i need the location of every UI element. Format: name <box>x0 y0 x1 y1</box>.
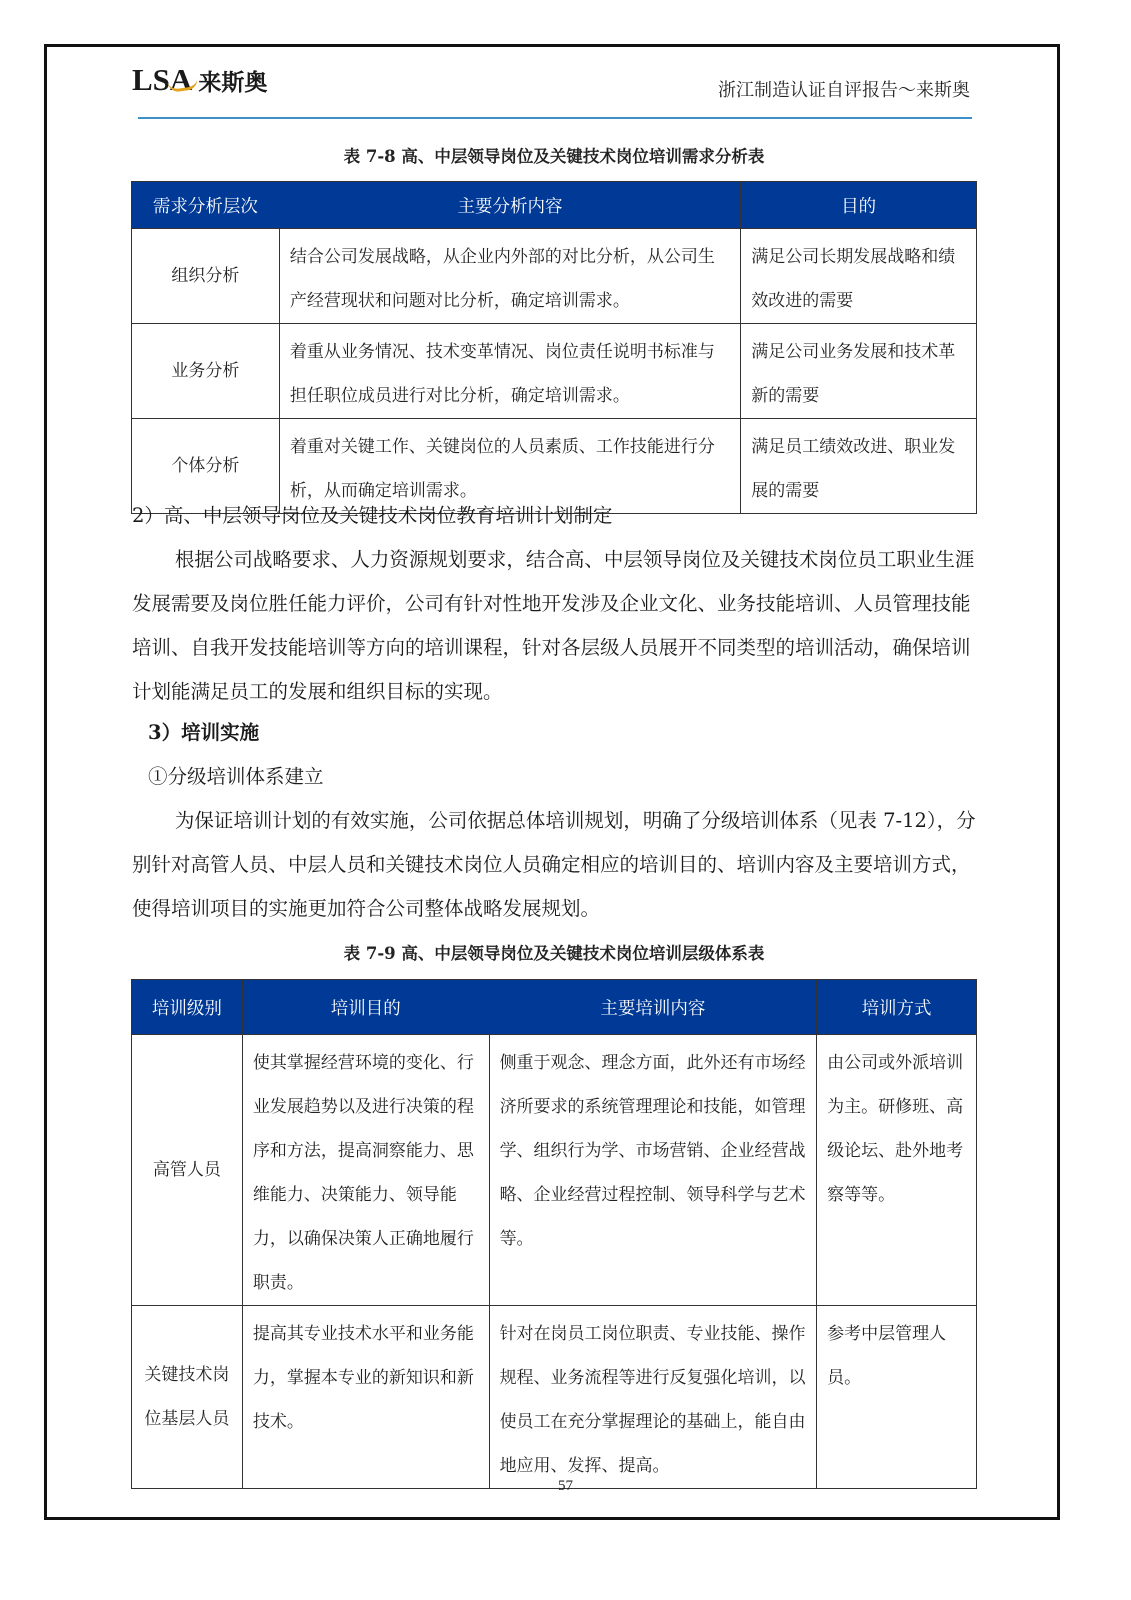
table-header-row: 培训级别 培训目的 主要培训内容 培训方式 <box>132 980 977 1035</box>
table-row: 业务分析 着重从业务情况、技术变革情况、岗位责任说明书标准与担任职位成员进行对比… <box>132 324 977 419</box>
training-method: 由公司或外派培训为主。研修班、高级论坛、赴外地考察等等。 <box>817 1035 977 1306</box>
training-method: 参考中层管理人员。 <box>817 1306 977 1489</box>
column-header: 需求分析层次 <box>132 182 280 229</box>
training-goal: 提高其专业技术水平和业务能力，掌握本专业的新知识和新技术。 <box>242 1306 489 1489</box>
table2-caption: 表 7-9 高、中层领导岗位及关键技术岗位培训层级体系表 <box>130 940 978 964</box>
section-paragraph-2: 根据公司战略要求、人力资源规划要求，结合高、中层领导岗位及关键技术岗位员工职业生… <box>132 538 977 714</box>
column-header: 培训级别 <box>132 980 243 1035</box>
column-header: 主要分析内容 <box>279 182 740 229</box>
training-content: 针对在岗员工岗位职责、专业技能、操作规程、业务流程等进行反复强化培训，以使员工在… <box>489 1306 817 1489</box>
subsection-paragraph-1: 为保证培训计划的有效实施，公司依据总体培训规划，明确了分级培训体系（见表 7-1… <box>132 799 977 931</box>
document-header-title: 浙江制造认证自评报告～来斯奥 <box>718 76 970 102</box>
training-needs-analysis-table: 需求分析层次 主要分析内容 目的 组织分析 结合公司发展战略，从企业内外部的对比… <box>131 181 977 514</box>
training-level: 高管人员 <box>132 1035 243 1306</box>
page-number: 57 <box>0 1478 1131 1495</box>
section-heading-2: 2）高、中层领导岗位及关键技术岗位教育培训计划制定 <box>132 494 977 538</box>
logo-chinese: 来斯奥 <box>198 64 267 97</box>
company-logo: LSA 来斯奥 <box>132 62 267 98</box>
training-level: 关键技术岗位基层人员 <box>132 1306 243 1489</box>
table-header-row: 需求分析层次 主要分析内容 目的 <box>132 182 977 229</box>
analysis-purpose: 满足公司长期发展战略和绩效改进的需要 <box>741 229 977 324</box>
subsection-heading-1: ①分级培训体系建立 <box>148 755 993 799</box>
column-header: 目的 <box>741 182 977 229</box>
analysis-purpose: 满足公司业务发展和技术革新的需要 <box>741 324 977 419</box>
table1-caption: 表 7-8 高、中层领导岗位及关键技术岗位培训需求分析表 <box>130 143 978 167</box>
analysis-level: 组织分析 <box>132 229 280 324</box>
table-row: 组织分析 结合公司发展战略，从企业内外部的对比分析，从公司生产经营现状和问题对比… <box>132 229 977 324</box>
header-divider <box>138 117 972 119</box>
table-row: 关键技术岗位基层人员 提高其专业技术水平和业务能力，掌握本专业的新知识和新技术。… <box>132 1306 977 1489</box>
analysis-content: 结合公司发展战略，从企业内外部的对比分析，从公司生产经营现状和问题对比分析，确定… <box>279 229 740 324</box>
column-header: 培训目的 <box>242 980 489 1035</box>
analysis-level: 业务分析 <box>132 324 280 419</box>
column-header: 培训方式 <box>817 980 977 1035</box>
column-header: 主要培训内容 <box>489 980 817 1035</box>
training-level-system-table: 培训级别 培训目的 主要培训内容 培训方式 高管人员 使其掌握经营环境的变化、行… <box>131 979 977 1489</box>
analysis-content: 着重从业务情况、技术变革情况、岗位责任说明书标准与担任职位成员进行对比分析，确定… <box>279 324 740 419</box>
training-content: 侧重于观念、理念方面，此外还有市场经济所要求的系统管理理论和技能，如管理学、组织… <box>489 1035 817 1306</box>
training-goal: 使其掌握经营环境的变化、行业发展趋势以及进行决策的程序和方法，提高洞察能力、思维… <box>242 1035 489 1306</box>
table-row: 高管人员 使其掌握经营环境的变化、行业发展趋势以及进行决策的程序和方法，提高洞察… <box>132 1035 977 1306</box>
section-heading-3: 3）培训实施 <box>148 711 993 755</box>
